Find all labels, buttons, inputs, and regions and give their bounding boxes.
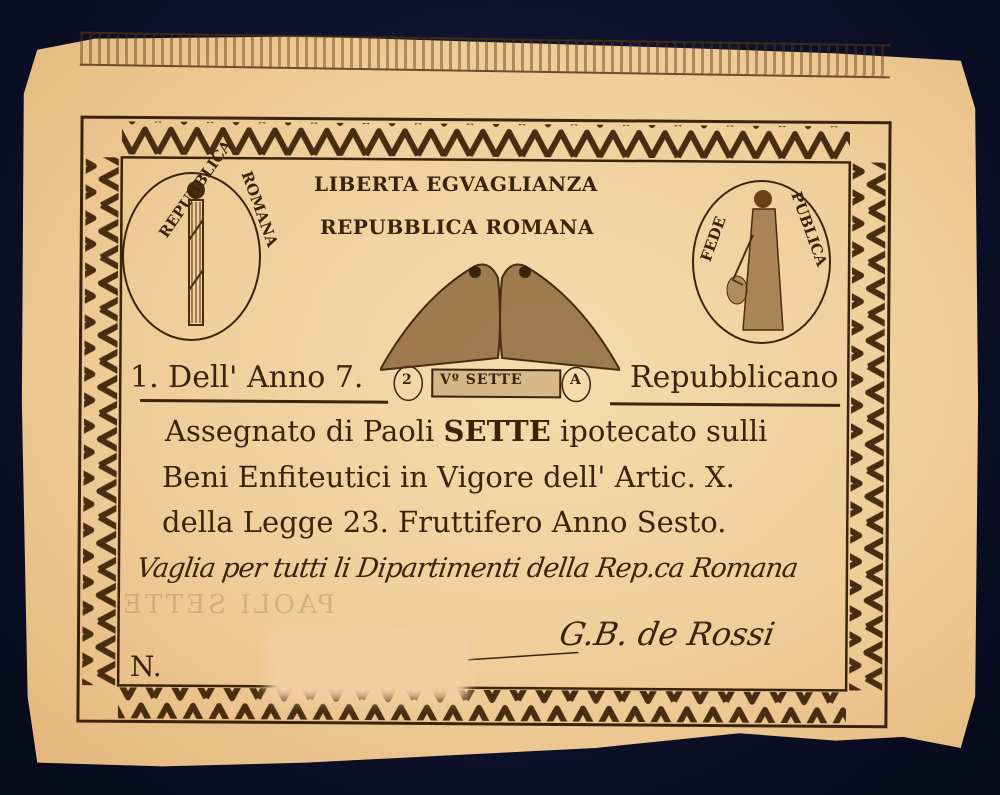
motto-line-2: REPUBBLICA ROMANA <box>320 215 594 239</box>
signature: G.B. de Rossi <box>557 615 778 653</box>
body-line-2: Beni Enfiteutici in Vigore dell' Artic. … <box>162 460 735 494</box>
series-circle-right: A <box>570 372 581 388</box>
body-line-1-pre: Assegnato di Paoli <box>165 414 444 448</box>
redacted-serial-number <box>268 630 468 700</box>
year-right: Repubblicano <box>630 360 839 395</box>
body-line-3: della Legge 23. Fruttifero Anno Sesto. <box>162 505 726 539</box>
body-line-1: Assegnato di Paoli SETTE ipotecato sulli <box>165 414 767 448</box>
ghost-mirror-text: PAOLI SETTE <box>120 590 335 620</box>
year-left: 1. Dell' Anno 7. <box>130 360 363 395</box>
denomination-word: SETTE <box>444 414 551 448</box>
eagle-icon <box>380 258 620 373</box>
body-line-1-post: ipotecato sulli <box>551 414 768 448</box>
serial-number-label: N. <box>130 650 162 683</box>
motto-line-1: LIBERTA EGVAGLIANZA <box>314 172 598 196</box>
series-circle-left: 2 <box>402 372 412 388</box>
handwritten-line: Vaglia per tutti li Dipartimenti della R… <box>135 553 800 584</box>
series-stamp: Vº SETTE <box>440 372 523 388</box>
standing-goddess-icon <box>725 185 795 335</box>
